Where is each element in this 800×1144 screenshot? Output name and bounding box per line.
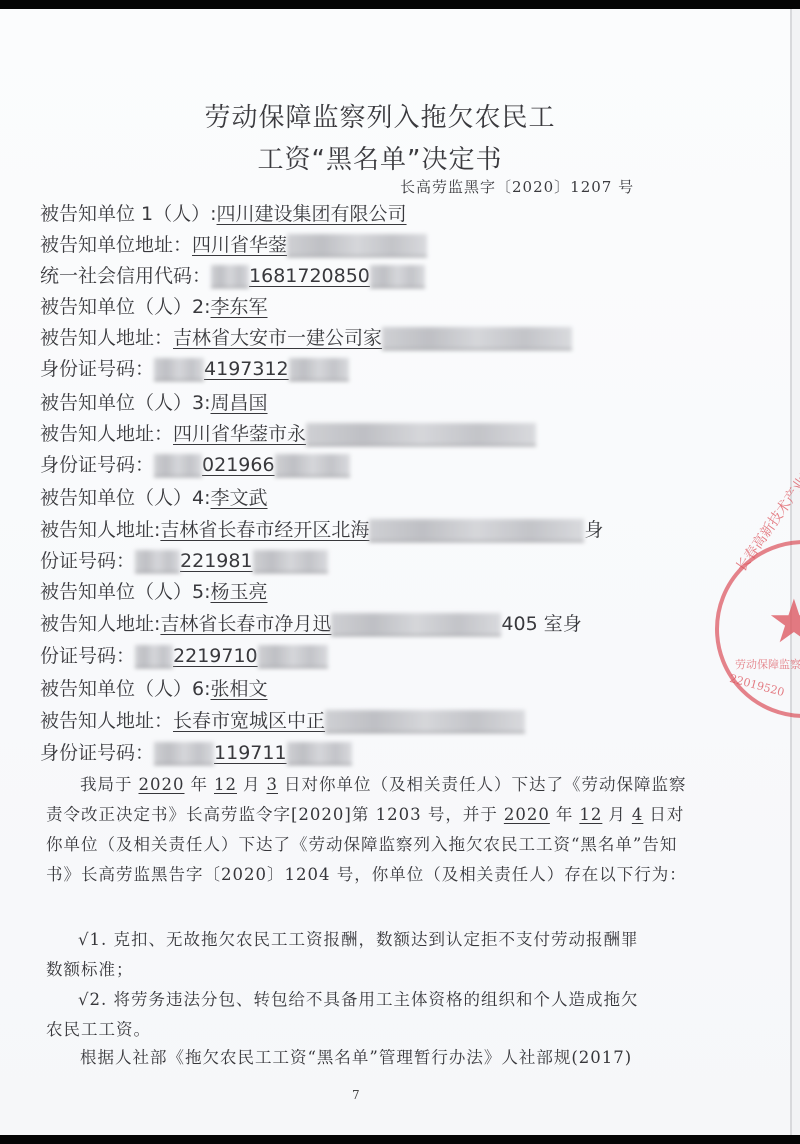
field-label: 被告知单位（人）5: <box>40 581 211 603</box>
redaction-blur <box>382 327 572 350</box>
star-icon: ★ <box>767 592 800 652</box>
legal-basis-paragraph: 根据人社部《拖欠农民工工资“黑名单”管理暂行办法》人社部规(2017) <box>46 1043 696 1073</box>
decision-paragraph: 我局于2020年12月3日对你单位（及相关责任人）下达了《劳动保障监察责令改正决… <box>46 770 696 890</box>
redaction-blur <box>287 234 427 257</box>
redaction-blur <box>331 613 501 636</box>
field-row: 被告知单位（人）6:张相文 <box>40 676 268 702</box>
field-label: 被告知人地址: <box>40 519 160 541</box>
redaction-blur <box>306 423 536 446</box>
field-value: 杨玉亮 <box>211 581 268 603</box>
redaction-blur <box>289 358 349 381</box>
field-row: 被告知人地址：吉林省大安市一建公司家 <box>40 325 572 351</box>
field-label: 被告知单位（人）6: <box>40 678 211 700</box>
field-label: 被告知单位（人）4: <box>40 487 211 509</box>
document-number: 长高劳监黑字〔2020〕1207 号 <box>400 176 634 197</box>
field-label: 被告知单位（人）3: <box>40 392 211 414</box>
field-row: 身份证号码：021966 <box>40 452 350 478</box>
field-label: 被告知人地址： <box>40 327 173 349</box>
date-month: 12 <box>573 805 608 824</box>
date-day: 4 <box>626 805 650 824</box>
redaction-blur <box>135 645 173 668</box>
field-row: 份证号码：221981 <box>40 548 328 574</box>
field-value: 1681720850 <box>249 265 370 287</box>
field-label: 被告知人地址： <box>40 423 173 445</box>
field-value: 221981 <box>180 550 253 572</box>
bottom-black-bar <box>0 1135 800 1144</box>
field-label: 身份证号码： <box>40 454 154 476</box>
date-day: 3 <box>261 775 285 794</box>
field-row: 被告知单位地址：四川省华蓥 <box>40 232 427 258</box>
document-title-line2: 工资“黑名单”决定书 <box>0 139 760 176</box>
text: 年 <box>556 805 574 824</box>
field-label: 身份证号码： <box>40 742 154 764</box>
field-value: 吉林省长春市净月迅 <box>160 613 331 635</box>
field-value: 四川省华蓥市永 <box>173 423 306 445</box>
field-row: 被告知单位（人）4:李文武 <box>40 485 268 511</box>
field-label: 统一社会信用代码： <box>40 265 211 287</box>
field-row: 统一社会信用代码：1681720850 <box>40 263 425 289</box>
field-label: 被告知单位 1（人）: <box>40 203 217 225</box>
field-value: 四川省华蓥 <box>192 234 287 256</box>
redaction-blur <box>369 519 584 542</box>
document-title-line1: 劳动保障监察列入拖欠农民工 <box>0 97 760 134</box>
field-label: 被告知单位地址： <box>40 234 192 256</box>
page-number: 7 <box>352 1088 360 1102</box>
field-row: 被告知人地址：四川省华蓥市永 <box>40 421 536 447</box>
field-row: 份证号码：2219710 <box>40 643 328 669</box>
field-suffix: 身 <box>584 519 603 541</box>
field-value: 吉林省长春市经开区北海 <box>160 519 369 541</box>
field-row: 被告知单位（人）3:周昌国 <box>40 390 268 416</box>
text: 月 <box>243 775 261 794</box>
top-black-bar <box>0 0 800 9</box>
field-row: 被告知单位（人）5:杨玉亮 <box>40 579 268 605</box>
field-value: 李文武 <box>211 487 268 509</box>
date-month: 12 <box>208 775 243 794</box>
field-suffix: 405 室身 <box>501 613 581 635</box>
redaction-blur <box>258 645 328 668</box>
redaction-blur <box>154 358 204 381</box>
field-value: 119711 <box>214 742 287 764</box>
field-value: 张相文 <box>211 678 268 700</box>
field-label: 身份证号码： <box>40 358 154 380</box>
field-value: 021966 <box>202 454 275 476</box>
field-row: 被告知人地址:吉林省长春市净月迅405 室身 <box>40 611 582 637</box>
redaction-blur <box>154 454 202 477</box>
field-value: 4197312 <box>204 358 289 380</box>
date-year: 2020 <box>133 775 191 794</box>
field-value: 李东军 <box>211 296 268 318</box>
field-row: 被告知人地址：长春市宽城区中正 <box>40 708 525 734</box>
redaction-blur <box>253 550 328 573</box>
field-label: 份证号码： <box>40 645 135 667</box>
field-value: 周昌国 <box>211 392 268 414</box>
field-row: 身份证号码：119711 <box>40 740 352 766</box>
redaction-blur <box>287 742 352 765</box>
field-label: 份证号码： <box>40 550 135 572</box>
redaction-blur <box>370 265 425 288</box>
redaction-blur <box>275 454 350 477</box>
redaction-blur <box>154 742 214 765</box>
text: 我局于 <box>80 775 133 794</box>
field-row: 被告知单位（人）2:李东军 <box>40 294 268 320</box>
field-label: 被告知单位（人）2: <box>40 296 211 318</box>
date-year: 2020 <box>498 805 556 824</box>
field-value: 吉林省大安市一建公司家 <box>173 327 382 349</box>
field-value: 长春市宽城区中正 <box>173 710 325 732</box>
field-label: 被告知人地址: <box>40 613 160 635</box>
redaction-blur <box>211 265 249 288</box>
redaction-blur <box>135 550 180 573</box>
violation-item-1: √1. 克扣、无故拖欠农民工工资报酬，数额达到认定拒不支付劳动报酬罪数额标准； <box>46 925 646 985</box>
field-label: 被告知人地址： <box>40 710 173 732</box>
redaction-blur <box>325 710 525 733</box>
text: 年 <box>191 775 209 794</box>
field-row: 被告知人地址:吉林省长春市经开区北海身 <box>40 517 603 543</box>
field-row: 身份证号码：4197312 <box>40 356 349 382</box>
violation-item-2: √2. 将劳务违法分包、转包给不具备用工主体资格的组织和个人造成拖欠农民工工资。 <box>46 985 646 1045</box>
field-value: 2219710 <box>173 645 258 667</box>
field-value: 四川建设集团有限公司 <box>217 203 407 225</box>
field-row: 被告知单位 1（人）:四川建设集团有限公司 <box>40 201 407 227</box>
text: 月 <box>608 805 626 824</box>
seal-bottom-text: 劳动保障监察 <box>735 656 800 672</box>
